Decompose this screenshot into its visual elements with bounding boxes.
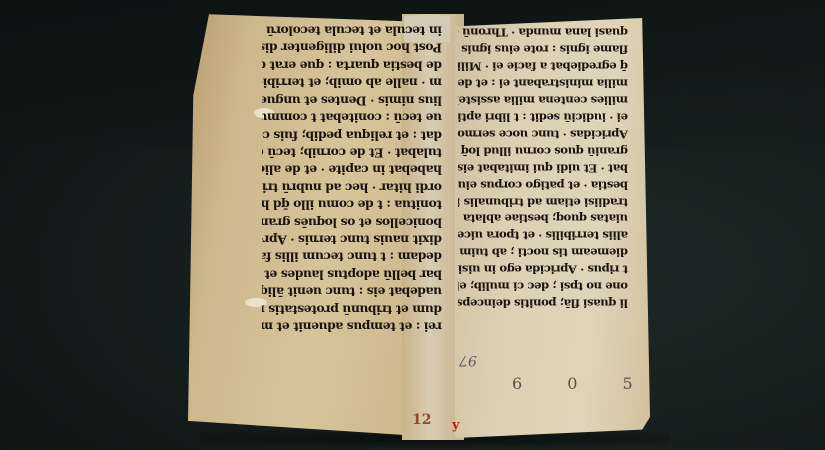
text-line: flame ignis : rote eius ignis (458, 41, 628, 58)
text-line: bonicellos et os loquēs gran- (262, 213, 442, 230)
text-line: dixit nauis tunc ternis · Apr- (262, 231, 442, 248)
text-line: milia ministrabant ei : et decē (458, 75, 628, 92)
text-line: ei · iudiciū sedit : t libri apti sūt (458, 109, 628, 126)
text-line: quasi lana munda · Thronū eius (458, 24, 628, 41)
antique-book: rei : et tempus aduenit et mo dum et tri… (0, 0, 825, 450)
text-line: habebat in capite · et de alio q̄d (262, 161, 442, 178)
left-page-text: rei : et tempus aduenit et mo dum et tri… (262, 22, 442, 335)
text-line: one no tpsi ; dec ci mulib; ei- (458, 278, 628, 295)
handwritten-number: 6 0 5 (512, 374, 653, 393)
text-line: bestia · et patigo corpus eius et (458, 176, 628, 193)
text-line: m · nalle ab omib; et terribi- (262, 74, 442, 91)
text-line: bat · Et uidi qui imitabat eis (458, 159, 628, 176)
text-line: Apricidas · tunc uoce sermonū (458, 125, 628, 142)
text-line: tonitua : t de comu illo q̄d hab- (262, 196, 442, 213)
text-line: in tecula et tecula tecolorū · (262, 22, 442, 39)
folio-mark: 12 (412, 412, 431, 428)
text-line: t ripus · Apricida ego in uisi- (458, 261, 628, 278)
red-rubric-mark: y (452, 418, 460, 433)
text-line: uiatas quoq; bestiae ablata (458, 210, 628, 227)
text-line: uadebat eis : tunc uenit āliqu (262, 283, 442, 300)
margin-note: 97 (459, 352, 477, 368)
text-line: aliis terribilis · et tpora uice to- (458, 227, 628, 244)
text-line: Post hoc uolui diligenter discere (262, 39, 442, 56)
text-line: tulabat · Et de cornib; tecū quit (262, 144, 442, 161)
text-line: milies centena milia assistebant (458, 92, 628, 109)
text-line: graniū quos cornu illud loq̄ (458, 142, 628, 159)
text-line: rei : et tempus aduenit et mo (262, 318, 442, 335)
text-line: tradiisi etiam ad tribunalis ig (458, 193, 628, 210)
text-line: dedam : t tunc tecum illis facit (262, 248, 442, 265)
text-line: ue tecū : conitebat t commu- (262, 109, 442, 126)
text-line: dat : et reliqua pedib; fuis con- (262, 126, 442, 143)
text-line: dum et tribunū protestatis re- (262, 301, 442, 318)
text-line: lius nimis · Dentes et ungues ei- (262, 92, 442, 109)
text-line: diemeam tis nocti ; ab tuim (458, 244, 628, 261)
text-line: q̄ egrediebat a facie ei · Milia (458, 58, 628, 75)
text-line: li quasi flā; ponitis deinceps · (458, 295, 628, 312)
right-page-text: li quasi flā; ponitis deinceps · one no … (458, 24, 628, 311)
text-line: bar bellū adoptus laudes et ḡ- (262, 266, 442, 283)
text-line: ordi hitar · hec ad nubrū tria (262, 179, 442, 196)
text-line: de bestia quarta : que erat dissi- (262, 57, 442, 74)
